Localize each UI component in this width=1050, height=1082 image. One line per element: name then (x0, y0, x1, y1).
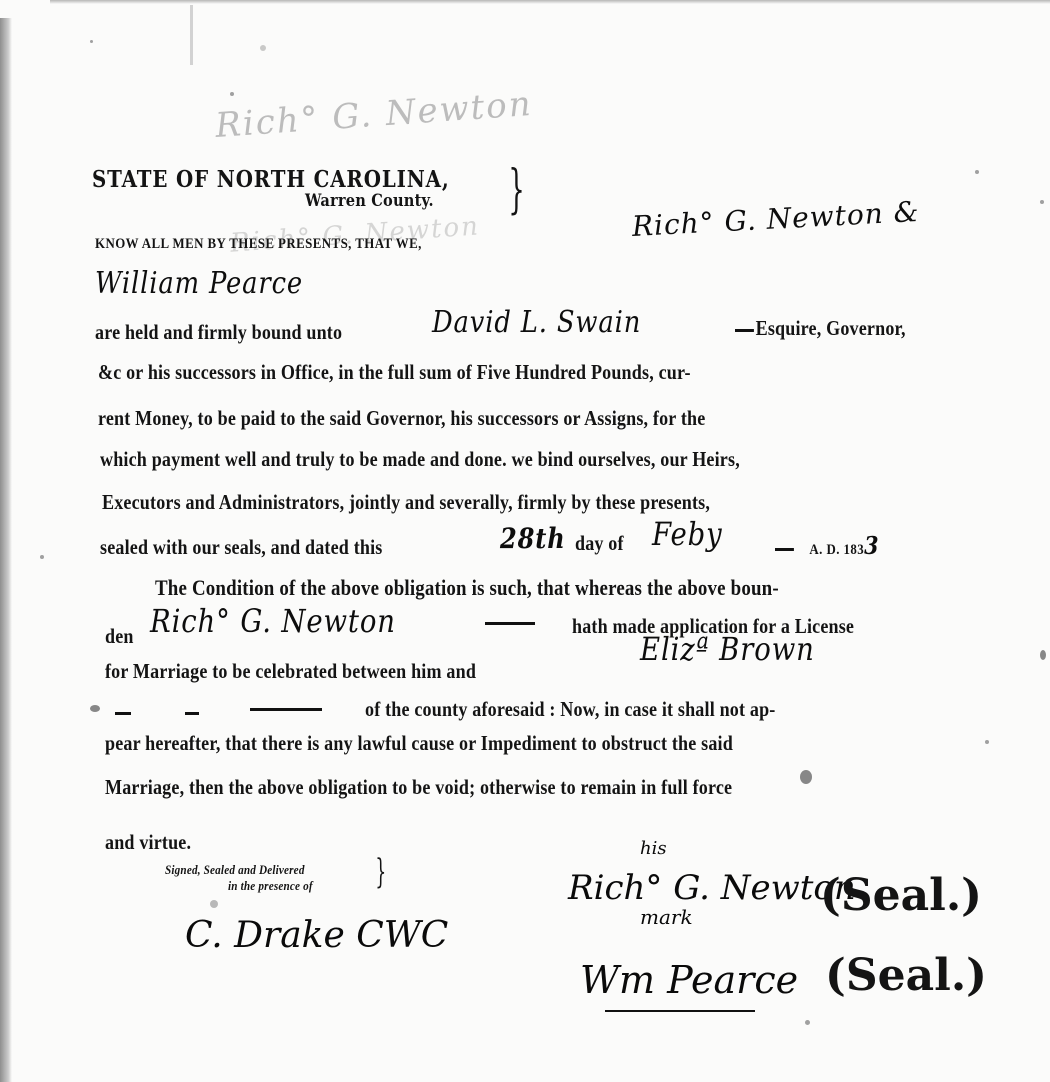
witness-label-line2: in the presence of (228, 878, 313, 894)
handwritten-principal-names: Rich° G. Newton & (631, 195, 920, 243)
heading-brace: } (508, 160, 525, 220)
executors-text: Executors and Administrators, jointly an… (102, 490, 710, 515)
bound-unto-text: are held and firmly bound unto (95, 320, 342, 345)
scan-top-edge (50, 0, 1050, 4)
heading-county: Warren County. (305, 191, 434, 211)
bleed-through-text: Rich° G. Newton (214, 84, 534, 146)
signature-pearce: Wm Pearce (580, 958, 798, 1002)
blank-dash (485, 622, 535, 625)
bounden-text: den (105, 624, 134, 649)
mark-his-label: his (640, 838, 667, 859)
current-money-text: rent Money, to be paid to the said Gover… (98, 406, 705, 431)
handwritten-month: Feby (652, 515, 722, 553)
payment-text: which payment well and truly to be made … (100, 447, 740, 472)
handwritten-day: 28th (500, 522, 566, 555)
impediment-text: pear hereafter, that there is any lawful… (105, 731, 733, 756)
know-all-men-text: KNOW ALL MEN BY THESE PRESENTS, THAT WE, (95, 236, 422, 253)
marriage-between-text: for Marriage to be celebrated between hi… (105, 659, 476, 684)
seal-label-1: (Seal.) (820, 870, 982, 921)
blank-dash (185, 712, 199, 715)
signature-newton: Rich° G. Newton (568, 868, 856, 908)
condition-text: The Condition of the above obligation is… (155, 575, 779, 601)
mark-label: mark (640, 905, 693, 929)
blank-dash (115, 712, 131, 715)
successors-sum-text: &c or his successors in Office, in the f… (98, 360, 691, 385)
document-page: Rich° G. Newton Rich° G. Newton STATE OF… (0, 0, 1050, 1082)
blank-dash (250, 708, 322, 711)
handwritten-groom-name: Rich° G. Newton (150, 602, 396, 640)
void-otherwise-text: Marriage, then the above obligation to b… (105, 775, 732, 800)
handwritten-surety-name: William Pearce (95, 266, 303, 301)
day-of-text: day of (575, 531, 624, 556)
heading-state: STATE OF NORTH CAROLINA, (92, 166, 450, 193)
seal-label-2: (Seal.) (825, 950, 987, 1001)
signature-underline (605, 1010, 755, 1012)
sealed-dated-text: sealed with our seals, and dated this (100, 535, 382, 560)
witness-signature: C. Drake CWC (185, 915, 448, 956)
handwritten-governor-name: David L. Swain (432, 305, 641, 340)
scan-left-edge (0, 18, 12, 1082)
county-aforesaid-text: of the county aforesaid : Now, in case i… (365, 697, 775, 722)
ad-year-text: A. D. 1833 (775, 531, 879, 560)
paper-fold-mark (190, 5, 193, 65)
handwritten-bride-name: Elizª Brown (640, 630, 815, 668)
virtue-text: and virtue. (105, 830, 191, 855)
witness-label-line1: Signed, Sealed and Delivered (165, 862, 305, 878)
witness-brace: } (375, 852, 386, 892)
esquire-governor-text: Esquire, Governor, (735, 316, 906, 341)
